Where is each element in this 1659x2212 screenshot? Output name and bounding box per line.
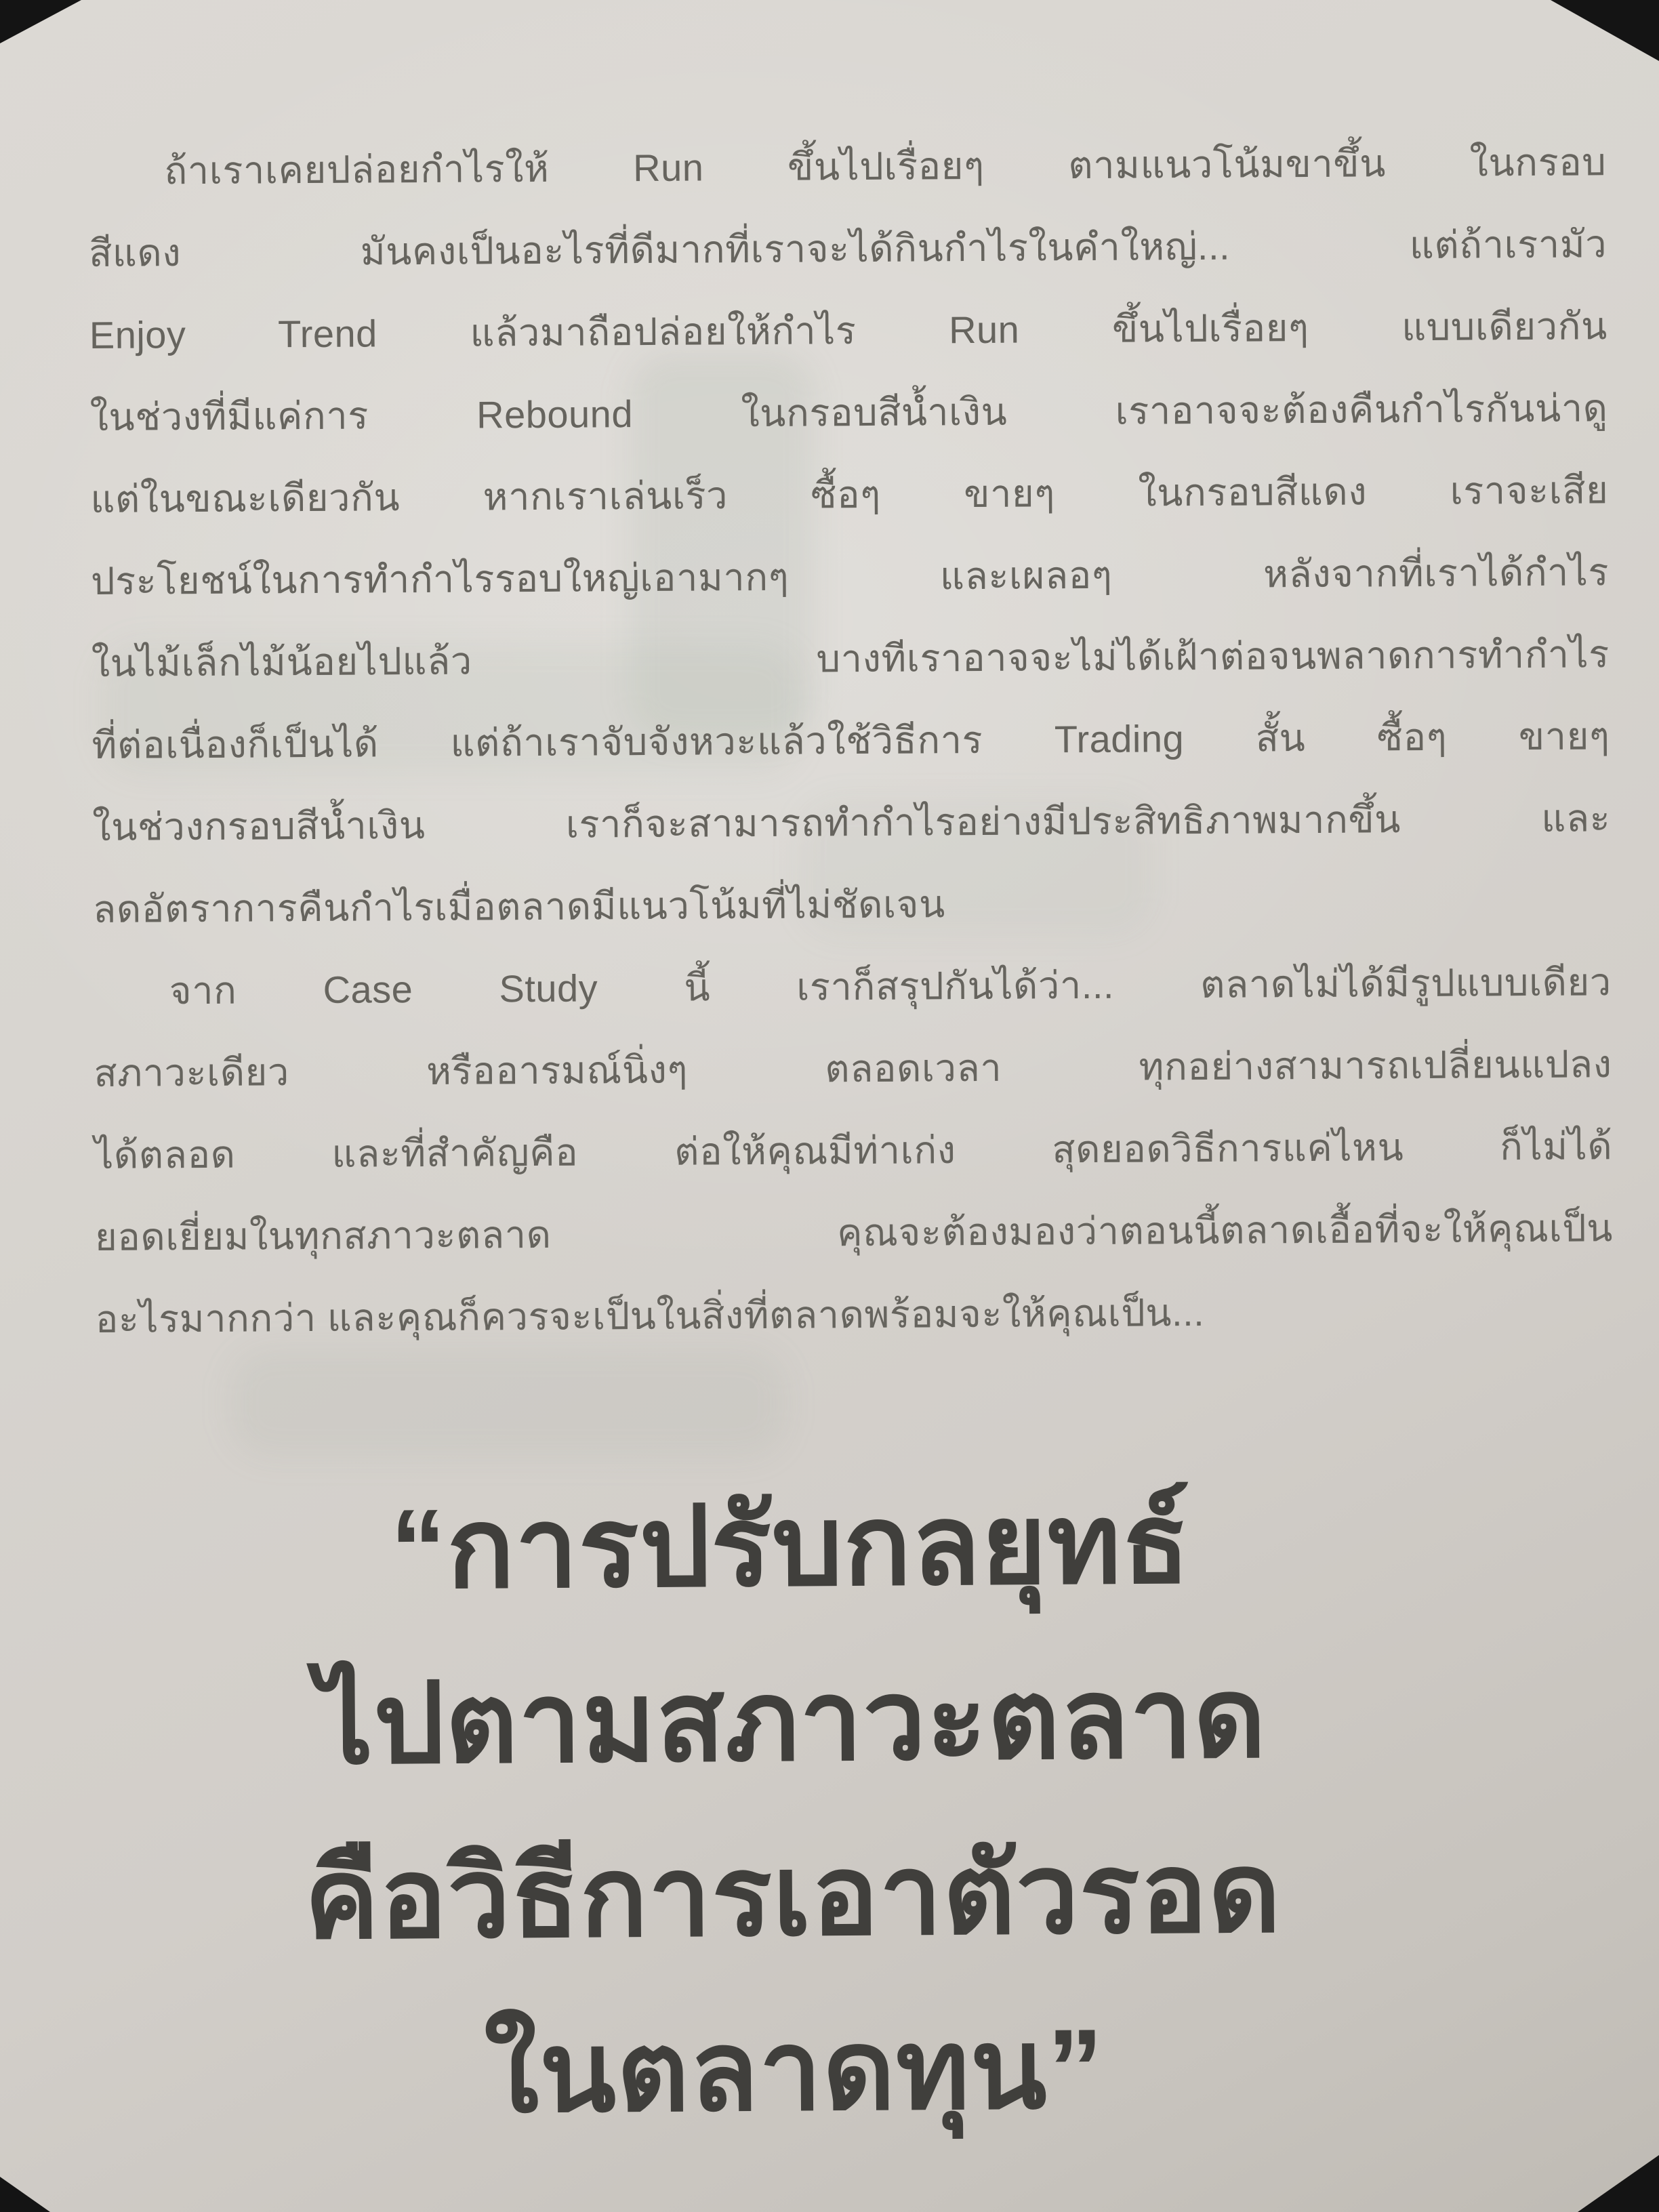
pull-quote-line: “การปรับกลยุทธ์ xyxy=(0,1452,1620,1639)
photo-corner xyxy=(1551,0,1659,61)
pull-quote: “การปรับกลยุทธ์ ไปตามสภาวะตลาด คือวิธีกา… xyxy=(0,1452,1624,2163)
text-line: ยอดเยี่ยมในทุกสภาวะตลาด คุณจะต้องมองว่าต… xyxy=(95,1187,1614,1278)
text-line: ได้ตลอด และที่สำคัญคือ ต่อให้คุณมีท่าเก่… xyxy=(94,1105,1613,1196)
text-line: ที่ต่อเนื่องก็เป็นได้ แต่ถ้าเราจับจังหวะ… xyxy=(91,695,1610,786)
page-body-text: ถ้าเราเคยปล่อยกำไรให้ Run ขึ้นไปเรื่อยๆ … xyxy=(88,121,1614,1360)
text-line: สีแดง มันคงเป็นอะไรที่ดีมากที่เราจะได้กิ… xyxy=(89,203,1607,294)
page-showthrough xyxy=(230,1349,786,1457)
text-line: ประโยชน์ในการทำกำไรรอบใหญ่เอามากๆ และเผล… xyxy=(91,531,1610,622)
text-line: Enjoy Trend แล้วมาถือปล่อยให้กำไร Run ขึ… xyxy=(89,285,1607,376)
text-line: ถ้าเราเคยปล่อยกำไรให้ Run ขึ้นไปเรื่อยๆ … xyxy=(88,121,1607,212)
text-line: ลดอัตราการคืนกำไรเมื่อตลาดมีแนวโน้มที่ไม… xyxy=(93,859,1612,950)
pull-quote-line: คือวิธีการเอาตัวรอด xyxy=(0,1802,1623,1988)
text-line: สภาวะเดียว หรืออารมณ์นิ่งๆ ตลอดเวลา ทุกอ… xyxy=(94,1023,1612,1114)
paragraph-2: จาก Case Study นี้ เราก็สรุปกันได้ว่า...… xyxy=(93,941,1614,1360)
photo-corner xyxy=(1578,2155,1659,2212)
text-line: ในช่วงที่มีแค่การ Rebound ในกรอบสีน้ำเงิ… xyxy=(89,367,1608,458)
text-line: ในไม้เล็กไม้น้อยไปแล้ว บางทีเราอาจจะไม่ไ… xyxy=(91,613,1610,704)
text-line: อะไรมากกว่า และคุณก็ควรจะเป็นในสิ่งที่ตล… xyxy=(95,1269,1614,1360)
pull-quote-line: ไปตามสภาวะตลาด xyxy=(0,1627,1622,1814)
paragraph-1: ถ้าเราเคยปล่อยกำไรให้ Run ขึ้นไปเรื่อยๆ … xyxy=(88,121,1611,950)
text-line: จาก Case Study นี้ เราก็สรุปกันได้ว่า...… xyxy=(93,941,1612,1032)
pull-quote-line: ในตลาดทุน” xyxy=(0,1977,1624,2163)
book-page-photo: ถ้าเราเคยปล่อยกำไรให้ Run ขึ้นไปเรื่อยๆ … xyxy=(0,0,1659,2212)
photo-corner xyxy=(0,0,81,43)
text-line: แต่ในขณะเดียวกัน หากเราเล่นเร็ว ซื้อๆ ขา… xyxy=(90,449,1609,540)
text-line: ในช่วงกรอบสีน้ำเงิน เราก็จะสามารถทำกำไรอ… xyxy=(92,777,1611,868)
photo-corner xyxy=(0,2177,50,2212)
